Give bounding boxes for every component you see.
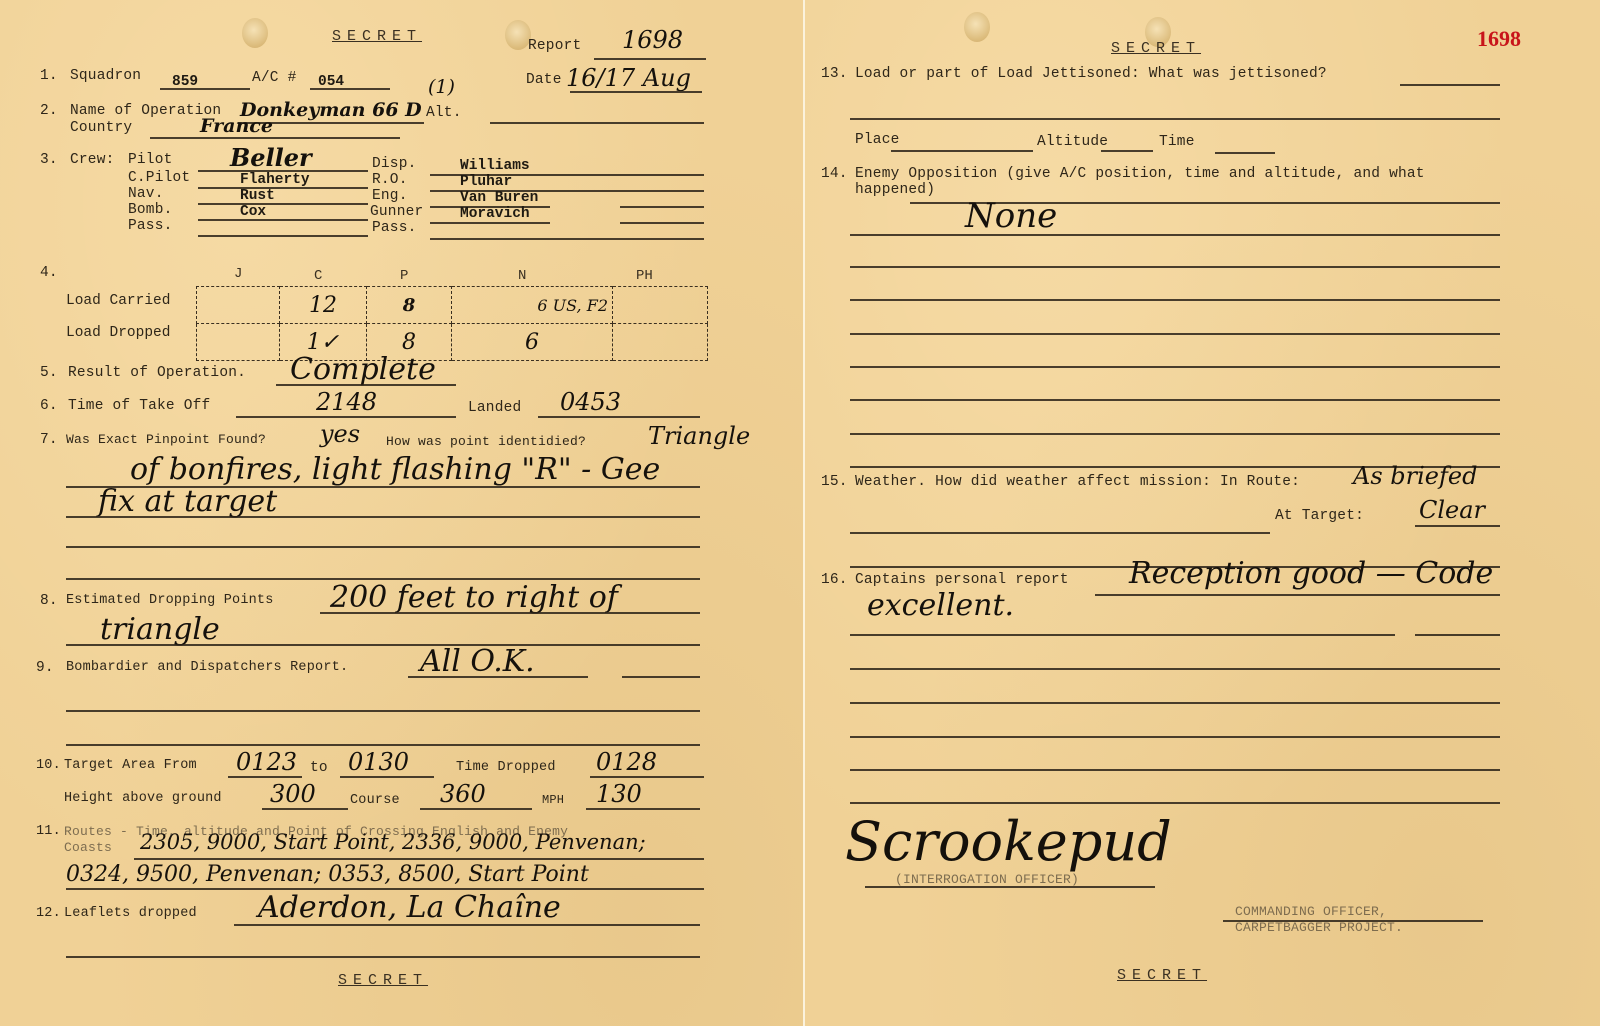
date-label: Date bbox=[526, 72, 562, 88]
operation-label: Name of Operation bbox=[70, 103, 221, 119]
field-line bbox=[490, 122, 704, 124]
field-line bbox=[850, 299, 1500, 301]
squadron-label: Squadron bbox=[70, 68, 141, 84]
field-line bbox=[430, 238, 704, 240]
target-from-value: 0123 bbox=[236, 748, 297, 776]
enemy-opposition-label: Enemy Opposition (give A/C position, tim… bbox=[855, 166, 1425, 182]
crew-role: Pilot bbox=[128, 152, 173, 168]
table-cell bbox=[613, 324, 708, 361]
field-line bbox=[234, 924, 700, 926]
crew-name: Rust bbox=[240, 188, 275, 204]
landed-value: 0453 bbox=[560, 388, 621, 416]
field-line bbox=[850, 234, 1500, 236]
field-line bbox=[408, 676, 588, 678]
pinpoint-how-label: How was point identidied? bbox=[386, 434, 586, 449]
captains-report-value: excellent. bbox=[867, 588, 1014, 623]
field-line bbox=[850, 634, 1395, 636]
item-number: 10. bbox=[36, 758, 61, 773]
field-line bbox=[236, 416, 456, 418]
captains-report-value: Reception good — Code bbox=[1129, 556, 1493, 591]
commanding-officer-label: COMMANDING OFFICER, bbox=[1235, 904, 1387, 919]
field-line bbox=[850, 399, 1500, 401]
load-table: 12 8 6 US, F2 1✓ 8 6 bbox=[196, 286, 708, 361]
field-line bbox=[850, 118, 1500, 120]
crew-role: Nav. bbox=[128, 186, 164, 202]
routes-label: Coasts bbox=[64, 840, 112, 855]
field-line bbox=[198, 235, 368, 237]
item-number: 13. bbox=[821, 66, 848, 82]
field-line bbox=[1400, 84, 1500, 86]
field-line bbox=[850, 769, 1500, 771]
field-line bbox=[66, 644, 700, 646]
crew-role: Eng. bbox=[372, 188, 408, 204]
crew-role: Gunner bbox=[370, 204, 423, 220]
pinpoint-how-value: fix at target bbox=[98, 484, 277, 519]
field-line bbox=[134, 858, 704, 860]
place-label: Place bbox=[855, 132, 900, 148]
dropping-points-value: triangle bbox=[100, 612, 220, 647]
item-number: 14. bbox=[821, 166, 848, 182]
item-number: 11. bbox=[36, 824, 61, 839]
weather-target-value: Clear bbox=[1419, 496, 1485, 524]
item-number: 6. bbox=[40, 398, 58, 414]
pinpoint-how-value: of bonfires, light flashing "R" - Gee bbox=[130, 452, 660, 487]
field-line bbox=[320, 612, 700, 614]
result-value: Complete bbox=[290, 352, 436, 387]
field-line bbox=[198, 187, 368, 189]
weather-label: Weather. How did weather affect mission:… bbox=[855, 474, 1300, 490]
field-line bbox=[850, 532, 1270, 534]
column-header: N bbox=[518, 268, 526, 284]
punch-hole bbox=[242, 18, 268, 48]
item-number: 4. bbox=[40, 265, 58, 281]
table-cell: 6 US, F2 bbox=[452, 287, 613, 324]
leaflets-value: Aderdon, La Chaîne bbox=[258, 890, 561, 925]
pinpoint-found-label: Was Exact Pinpoint Found? bbox=[66, 432, 266, 447]
height-label: Height above ground bbox=[64, 791, 222, 806]
field-line bbox=[850, 433, 1500, 435]
classification-footer: SECRET bbox=[1117, 967, 1207, 984]
crew-name: Pluhar bbox=[460, 174, 512, 190]
dropping-points-value: 200 feet to right of bbox=[330, 580, 618, 615]
bombardier-report-label: Bombardier and Dispatchers Report. bbox=[66, 660, 348, 675]
field-line bbox=[850, 668, 1500, 670]
field-line bbox=[590, 776, 704, 778]
field-line bbox=[850, 802, 1500, 804]
field-line bbox=[1101, 150, 1153, 152]
field-line bbox=[1415, 634, 1500, 636]
altitude-label: Altitude bbox=[1037, 134, 1108, 150]
item-number: 7. bbox=[40, 432, 58, 448]
report-label: Report bbox=[528, 38, 581, 54]
course-value: 360 bbox=[440, 780, 486, 808]
routes-value: 0324, 9500, Penvenan; 0353, 8500, Start … bbox=[66, 862, 589, 887]
crew-role: C.Pilot bbox=[128, 170, 190, 186]
bombardier-report-value: All O.K. bbox=[420, 644, 535, 679]
field-line bbox=[850, 702, 1500, 704]
crew-name: Cox bbox=[240, 204, 266, 220]
mph-label: MPH bbox=[542, 793, 564, 807]
field-line bbox=[66, 516, 700, 518]
report-page-2: 1698 SECRET 13. Load or part of Load Jet… bbox=[805, 0, 1600, 1026]
ac-label: A/C # bbox=[252, 70, 297, 86]
classification-footer: SECRET bbox=[338, 972, 428, 989]
time-dropped-label: Time Dropped bbox=[456, 760, 556, 775]
field-line bbox=[340, 776, 434, 778]
field-line bbox=[198, 203, 368, 205]
punch-hole bbox=[964, 12, 990, 42]
report-line bbox=[594, 58, 706, 60]
field-line bbox=[160, 88, 250, 90]
officer-signature: Scrookepud bbox=[845, 810, 1172, 873]
pinpoint-found-value: yes bbox=[320, 420, 360, 448]
field-line bbox=[1215, 152, 1275, 154]
item-number: 9. bbox=[36, 660, 54, 676]
crew-role: Bomb. bbox=[128, 202, 173, 218]
annotation: (1) bbox=[428, 76, 455, 98]
field-line bbox=[198, 219, 368, 221]
table-row: 1✓ 8 6 bbox=[197, 324, 708, 361]
item-number: 1. bbox=[40, 68, 58, 84]
field-line bbox=[66, 546, 700, 548]
column-header: J bbox=[234, 266, 242, 282]
captains-report-label: Captains personal report bbox=[855, 572, 1069, 588]
field-line bbox=[891, 150, 1033, 152]
pinpoint-how-value: Triangle bbox=[648, 422, 750, 450]
dropping-points-label: Estimated Dropping Points bbox=[66, 593, 274, 608]
country-value: France bbox=[200, 115, 273, 137]
crew-name: Beller bbox=[230, 143, 312, 172]
table-cell: 6 bbox=[452, 324, 613, 361]
takeoff-value: 2148 bbox=[316, 388, 377, 416]
weather-route-value: As briefed bbox=[1353, 462, 1477, 490]
landed-label: Landed bbox=[468, 400, 521, 416]
result-label: Result of Operation. bbox=[68, 365, 246, 381]
country-label: Country bbox=[70, 120, 132, 136]
table-row: 12 8 6 US, F2 bbox=[197, 287, 708, 324]
jettisoned-label: Load or part of Load Jettisoned: What wa… bbox=[855, 66, 1327, 82]
field-line bbox=[620, 222, 704, 224]
field-line bbox=[850, 333, 1500, 335]
crew-role: Disp. bbox=[372, 156, 417, 172]
field-line bbox=[66, 956, 700, 958]
crew-role: Pass. bbox=[372, 220, 417, 236]
time-dropped-value: 0128 bbox=[596, 748, 657, 776]
target-area-label: Target Area From bbox=[64, 758, 197, 773]
field-line bbox=[538, 416, 700, 418]
field-line bbox=[430, 222, 550, 224]
field-line bbox=[620, 206, 704, 208]
time-label: Time bbox=[1159, 134, 1195, 150]
interrogation-officer-label: (INTERROGATION OFFICER) bbox=[895, 872, 1079, 887]
column-header: PH bbox=[636, 268, 653, 284]
item-number: 16. bbox=[821, 572, 848, 588]
classification-header: SECRET bbox=[332, 28, 422, 45]
field-line bbox=[586, 808, 700, 810]
crew-name: Williams bbox=[460, 158, 530, 174]
item-number: 8. bbox=[40, 593, 58, 609]
field-line bbox=[310, 88, 390, 90]
item-number: 15. bbox=[821, 474, 848, 490]
field-line bbox=[420, 808, 532, 810]
field-line bbox=[850, 266, 1500, 268]
item-number: 5. bbox=[40, 365, 58, 381]
enemy-opposition-label: happened) bbox=[855, 182, 935, 198]
field-line bbox=[150, 137, 400, 139]
field-line bbox=[850, 366, 1500, 368]
project-label: CARPETBAGGER PROJECT. bbox=[1235, 920, 1403, 935]
weather-target-label: At Target: bbox=[1275, 508, 1364, 524]
to-label: to bbox=[310, 760, 328, 776]
report-number: 1698 bbox=[622, 26, 683, 54]
classification-header: SECRET bbox=[1111, 40, 1201, 57]
table-cell bbox=[197, 287, 280, 324]
field-line bbox=[1095, 594, 1500, 596]
item-number: 12. bbox=[36, 906, 61, 921]
table-cell bbox=[613, 287, 708, 324]
table-cell: 8 bbox=[367, 287, 452, 324]
leaflets-label: Leaflets dropped bbox=[64, 906, 197, 921]
date-line bbox=[570, 91, 702, 93]
field-line bbox=[228, 776, 302, 778]
field-line bbox=[66, 710, 700, 712]
field-line bbox=[622, 676, 700, 678]
crew-name: Moravich bbox=[460, 206, 530, 222]
field-line bbox=[850, 736, 1500, 738]
item-number: 2. bbox=[40, 103, 58, 119]
takeoff-label: Time of Take Off bbox=[68, 398, 210, 414]
report-page-1: SECRET Report 1698 Date 16/17 Aug (1) 1.… bbox=[0, 0, 803, 1026]
height-value: 300 bbox=[270, 780, 316, 808]
row-header: Load Carried bbox=[66, 293, 170, 309]
table-cell bbox=[197, 324, 280, 361]
item-number: 3. bbox=[40, 152, 58, 168]
target-to-value: 0130 bbox=[348, 748, 409, 776]
table-cell: 12 bbox=[280, 287, 367, 324]
column-header: P bbox=[400, 268, 408, 284]
enemy-opposition-value: None bbox=[965, 196, 1057, 236]
crew-name: Flaherty bbox=[240, 172, 310, 188]
field-line bbox=[66, 744, 700, 746]
crew-label: Crew: bbox=[70, 152, 115, 168]
report-stamp-number: 1698 bbox=[1477, 26, 1521, 52]
crew-role: R.O. bbox=[372, 172, 408, 188]
crew-role: Pass. bbox=[128, 218, 173, 234]
alt-label: Alt. bbox=[426, 105, 462, 121]
course-label: Course bbox=[350, 793, 400, 808]
mph-value: 130 bbox=[596, 780, 642, 808]
field-line bbox=[276, 384, 456, 386]
routes-value: 2305, 9000, Start Point, 2336, 9000, Pen… bbox=[140, 830, 646, 854]
field-line bbox=[262, 808, 348, 810]
column-header: C bbox=[314, 268, 322, 284]
field-line bbox=[1415, 525, 1500, 527]
row-header: Load Dropped bbox=[66, 325, 170, 341]
crew-name: Van Buren bbox=[460, 190, 538, 206]
date-value: 16/17 Aug bbox=[566, 64, 691, 92]
